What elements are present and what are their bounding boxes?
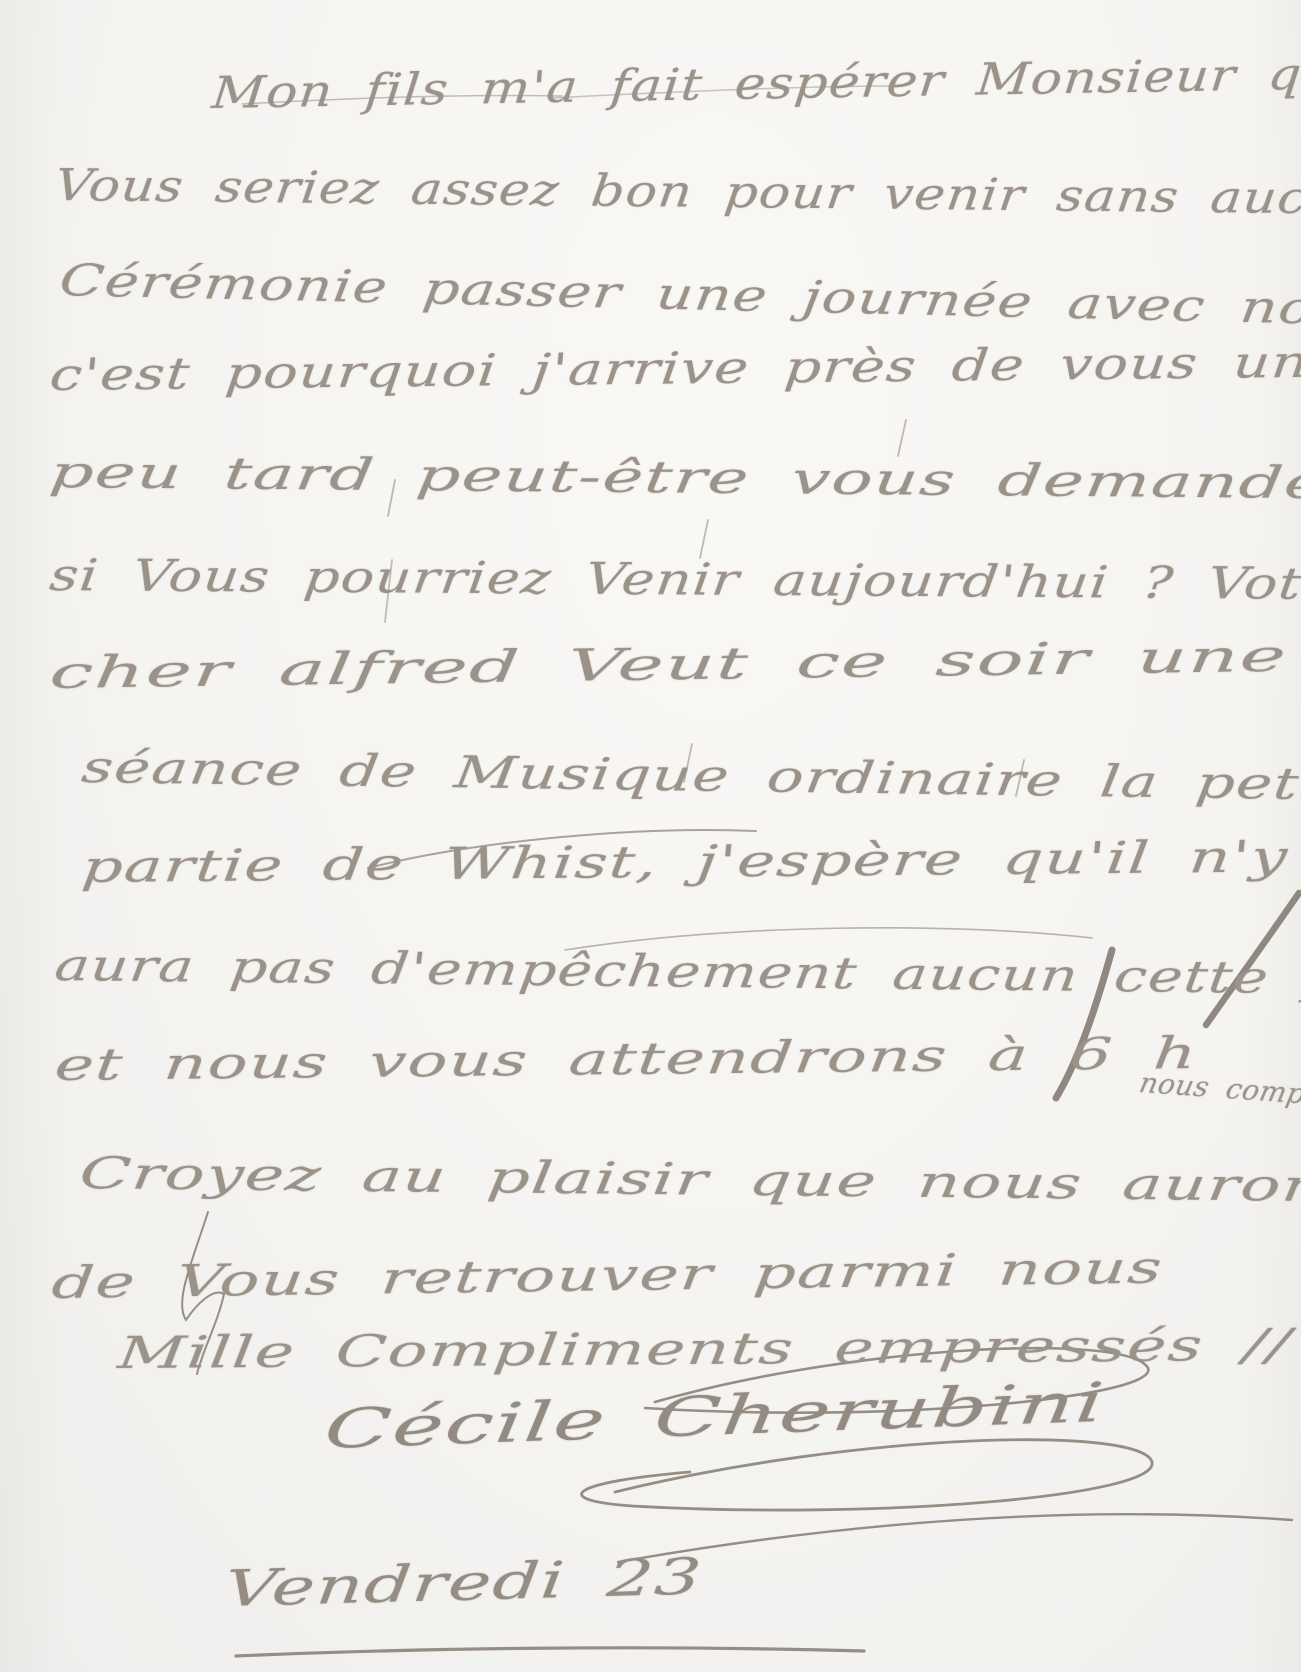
letter-page: Mon fils m'a fait espérer Monsieur que V…: [0, 0, 1301, 1672]
letter-line-4: c'est pourquoi j'arrive près de vous un: [48, 337, 1301, 401]
letter-line-1: Mon fils m'a fait espérer Monsieur que: [210, 48, 1301, 119]
letter-line-3: Cérémonie passer une journée avec nous: [57, 255, 1301, 336]
letter-line-13: de Vous retrouver parmi nous: [50, 1242, 1166, 1309]
letter-line-11: et nous vous attendrons à 6 h: [53, 1028, 1200, 1091]
letter-line-5: peu tard peut-être vous demander: [47, 447, 1301, 509]
letter-line-12: Croyez au plaisir que nous aurons: [77, 1148, 1301, 1212]
date-line: Vendredi 23: [222, 1547, 705, 1618]
margin-note: nous comptons: [1137, 1066, 1301, 1115]
letter-line-2: Vous seriez assez bon pour venir sans au…: [52, 160, 1301, 225]
letter-line-10: aura pas d'empêchement aucun cette fois: [52, 940, 1301, 1005]
letter-line-8: séance de Musique ordinaire la petite: [79, 742, 1301, 811]
letter-line-6: si Vous pourriez Venir aujourd'hui ? Vot…: [47, 550, 1301, 610]
letter-line-14: Mille Compliments empressés //: [115, 1320, 1293, 1379]
signature: Cécile Cherubini: [322, 1371, 1109, 1462]
accent-mark: [898, 420, 906, 456]
signature-flourish-tail: [618, 1514, 1292, 1562]
accent-mark: [700, 520, 708, 558]
date-underline: [236, 1648, 864, 1656]
letter-line-9: partie de Whist, j'espère qu'il n'y: [80, 831, 1291, 893]
letter-line-7: cher alfred Veut ce soir une: [48, 631, 1290, 699]
signature-flourish: [582, 1440, 1153, 1510]
